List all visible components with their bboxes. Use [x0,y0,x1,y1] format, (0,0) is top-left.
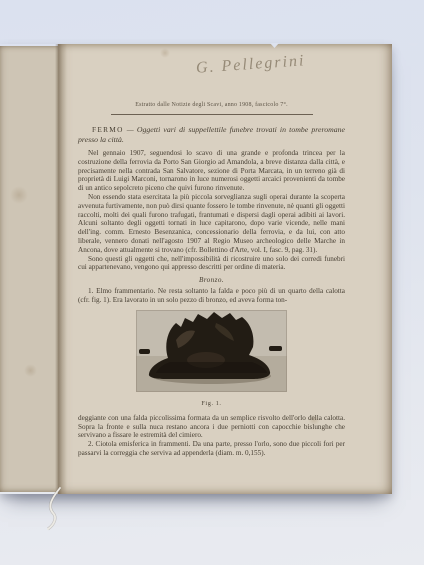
helmet-left-pin [139,349,150,354]
section-heading-bronzo: Bronzo. [78,276,345,284]
cover-sheet [0,46,58,492]
divider-rule [111,114,313,115]
figure-caption: Fig. 1. [136,400,287,407]
helmet-rim-shadow [156,362,267,373]
catalog-item-1: 1. Elmo frammentario. Ne resta soltanto … [78,287,345,305]
paragraph-dispersal: Non essendo stata esercitata la più picc… [78,193,345,255]
photo-background: G. Pellegrini Estratto dalle Notizie deg… [0,0,424,565]
foxing-spot [10,186,28,204]
spine-fold [55,44,67,494]
article-title: FERMO — Oggetti vari di suppellettile fu… [78,125,345,145]
torn-edge-notch [408,43,419,47]
pamphlet: G. Pellegrini Estratto dalle Notizie deg… [0,44,392,494]
helmet-right-pin [269,346,282,351]
figure-1: Fig. 1. [136,310,287,407]
catalog-item-1-continued: deggiante con una falda piccolissima for… [78,414,345,440]
paragraph-discovery: Nel gennaio 1907, seguendosi lo scavo di… [78,149,345,193]
paragraph-intro-catalog: Sono questi gli oggetti che, nell'imposs… [78,255,345,273]
foxing-spot [24,364,37,377]
article-title-venue: FERMO [92,125,124,134]
loose-thread [38,486,82,534]
title-page: G. Pellegrini Estratto dalle Notizie deg… [58,44,392,494]
series-imprint: Estratto dalle Notizie degli Scavi, anno… [78,44,345,109]
text-column: Estratto dalle Notizie degli Scavi, anno… [78,44,345,458]
bronze-helmet-photo [136,310,287,392]
catalog-item-2: 2. Ciotola emisferica in frammenti. Da u… [78,440,345,458]
